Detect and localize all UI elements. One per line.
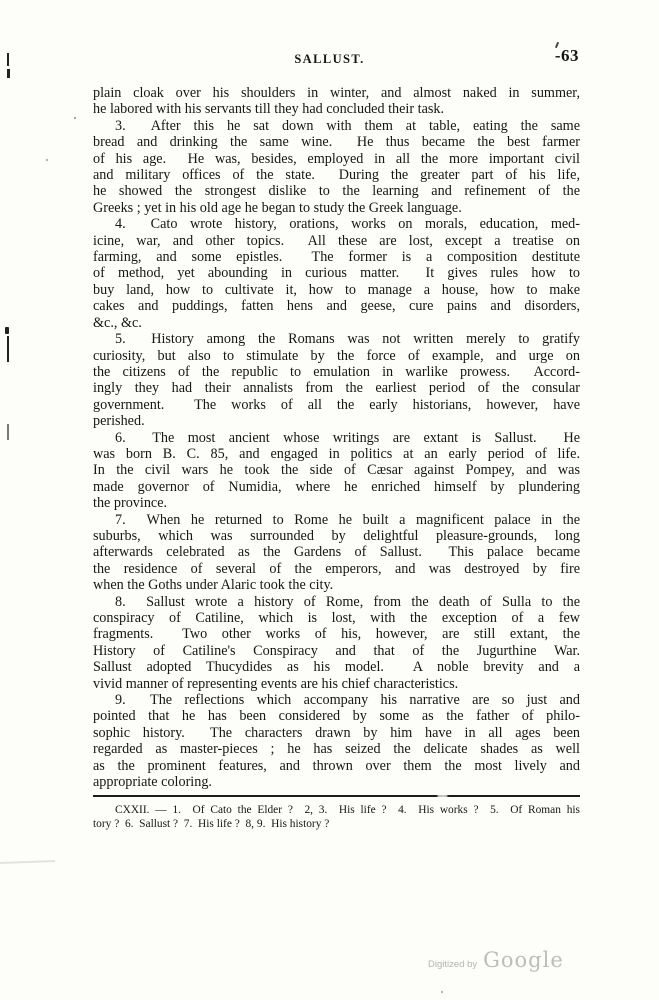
- text-line: the province.: [93, 495, 580, 511]
- book-page: SALLUST. -63 plain cloak over his should…: [0, 0, 659, 1000]
- text-line: made governor of Numidia, where he enric…: [93, 479, 580, 495]
- text-line: pointed that he has been considered by s…: [93, 708, 580, 724]
- text-line: as the prominent features, and thrown ov…: [93, 758, 580, 774]
- text-line: the citizens of the republic to emulatio…: [93, 364, 580, 380]
- text-line: afterwards celebrated as the Gardens of …: [93, 544, 580, 560]
- text-line: the residence of several of the emperors…: [93, 561, 580, 577]
- text-line: History of Catiline's Conspiracy and tha…: [93, 643, 580, 659]
- scan-artifact: [5, 327, 9, 334]
- text-line: was born B. C. 85, and engaged in politi…: [93, 446, 580, 462]
- text-line: Greeks ; yet in his old age he began to …: [93, 200, 580, 216]
- text-line: 3. After this he sat down with them at t…: [93, 118, 580, 134]
- text-line: icine, war, and other topics. All these …: [93, 233, 580, 249]
- text-line: 6. The most ancient whose writings are e…: [93, 430, 580, 446]
- text-line: farming, and some epistles. The former i…: [93, 249, 580, 265]
- paragraph: 9. The reflections which accompany his n…: [93, 692, 580, 790]
- text-line: he labored with his servants till they h…: [93, 101, 580, 117]
- text-line: appropriate coloring.: [93, 774, 580, 790]
- page-body: plain cloak over his shoulders in winter…: [93, 85, 580, 790]
- paragraph: 3. After this he sat down with them at t…: [93, 118, 580, 216]
- text-line: of his age. He was, besides, employed in…: [93, 151, 580, 167]
- digitization-watermark: Digitized by Google: [428, 948, 564, 972]
- text-line: fragments. Two other works of his, howev…: [93, 626, 580, 642]
- scan-artifact: [7, 69, 10, 78]
- text-line: tory ? 6. Sallust ? 7. His life ? 8, 9. …: [93, 818, 580, 832]
- scan-artifact: [0, 860, 55, 864]
- scan-artifact: [46, 159, 48, 161]
- scan-artifact: [7, 53, 9, 66]
- text-line: In the civil wars he took the side of Cæ…: [93, 462, 580, 478]
- footnote-block: CXXII. — 1. Of Cato the Elder ? 2, 3. Hi…: [93, 795, 580, 832]
- page-number: -63: [555, 46, 579, 66]
- text-line: CXXII. — 1. Of Cato the Elder ? 2, 3. Hi…: [93, 804, 580, 818]
- text-line: 4. Cato wrote history, orations, works o…: [93, 216, 580, 232]
- text-line: 8. Sallust wrote a history of Rome, from…: [93, 594, 580, 610]
- footnote-divider: [93, 795, 580, 797]
- paragraph: 5. History among the Romans was not writ…: [93, 331, 580, 429]
- watermark-prefix-label: Digitized by: [428, 959, 477, 970]
- scan-artifact: [74, 117, 76, 119]
- scan-artifact: [7, 424, 9, 440]
- text-line: suburbs, which was surrounded by delight…: [93, 528, 580, 544]
- text-line: 5. History among the Romans was not writ…: [93, 331, 580, 347]
- paragraph: plain cloak over his shoulders in winter…: [93, 85, 580, 118]
- footnote-text: CXXII. — 1. Of Cato the Elder ? 2, 3. Hi…: [93, 804, 580, 832]
- text-line: he showed the strongest dislike to the l…: [93, 183, 580, 199]
- google-logo: Google: [483, 948, 564, 972]
- paragraph: CXXII. — 1. Of Cato the Elder ? 2, 3. Hi…: [93, 804, 580, 832]
- text-line: Sallust adopted Thucydides as his model.…: [93, 659, 580, 675]
- text-line: vivid manner of representing events are …: [93, 676, 580, 692]
- text-line: conspiracy of Catiline, which is lost, w…: [93, 610, 580, 626]
- text-line: of method, yet abounding in curious matt…: [93, 265, 580, 281]
- text-line: 9. The reflections which accompany his n…: [93, 692, 580, 708]
- paragraph: 6. The most ancient whose writings are e…: [93, 430, 580, 512]
- paragraph: 4. Cato wrote history, orations, works o…: [93, 216, 580, 331]
- text-line: government. The works of all the early h…: [93, 397, 580, 413]
- text-line: regarded as master-pieces ; he has seize…: [93, 741, 580, 757]
- text-line: bread and drinking the same wine. He thu…: [93, 134, 580, 150]
- text-line: when the Goths under Alaric took the cit…: [93, 577, 580, 593]
- text-line: sophic history. The characters drawn by …: [93, 725, 580, 741]
- text-line: ingly they had their annalists from the …: [93, 380, 580, 396]
- scan-artifact: [7, 336, 9, 362]
- text-line: and military offices of the state. Durin…: [93, 167, 580, 183]
- text-line: &c., &c.: [93, 315, 580, 331]
- paragraph: 8. Sallust wrote a history of Rome, from…: [93, 594, 580, 692]
- paragraph: 7. When he returned to Rome he built a m…: [93, 512, 580, 594]
- text-line: plain cloak over his shoulders in winter…: [93, 85, 580, 101]
- text-line: curiosity, but also to stimulate by the …: [93, 348, 580, 364]
- scan-artifact: [441, 991, 443, 993]
- text-line: perished.: [93, 413, 580, 429]
- text-line: buy land, how to cultivate it, how to ma…: [93, 282, 580, 298]
- text-line: 7. When he returned to Rome he built a m…: [93, 512, 580, 528]
- text-line: cakes and puddings, fatten hens and gees…: [93, 298, 580, 314]
